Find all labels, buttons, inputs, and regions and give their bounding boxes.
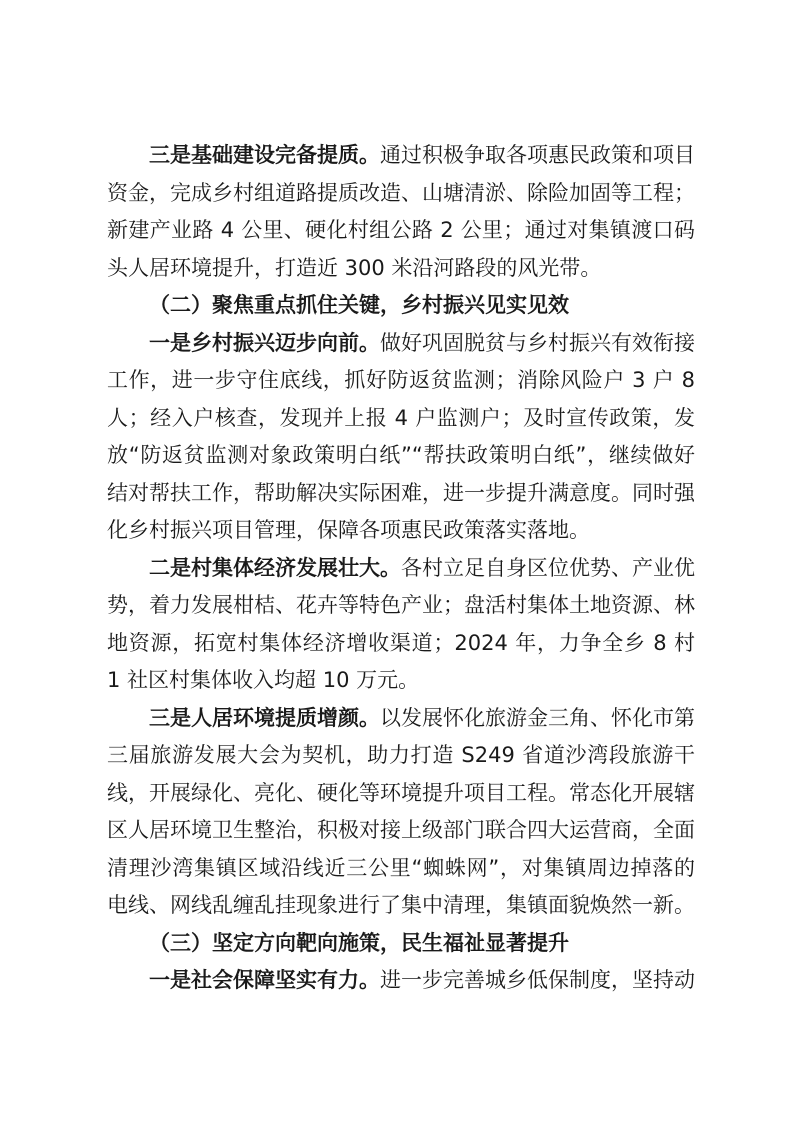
section-heading-3: （三）坚定方向靶向施策，民生福祉显著提升 [107,925,695,963]
paragraph-body: 以发展怀化旅游金三角、怀化市第三届旅游发展大会为契机，助力打造 S249 省道沙… [107,706,695,918]
section-heading-2: （二）聚焦重点抓住关键，乡村振兴见实见效 [107,287,695,325]
paragraph-lead: 一是乡村振兴迈步向前。 [149,331,380,355]
paragraph-living-environment: 三是人居环境提质增颜。以发展怀化旅游金三角、怀化市第三届旅游发展大会为契机，助力… [107,700,695,925]
paragraph-body: 做好巩固脱贫与乡村振兴有效衔接工作，进一步守住底线，抓好防返贫监测；消除风险户 … [107,331,695,543]
paragraph-lead: 二是村集体经济发展壮大。 [149,556,401,580]
paragraph-infrastructure: 三是基础建设完备提质。通过积极争取各项惠民政策和项目资金，完成乡村组道路提质改造… [107,137,695,287]
paragraph-social-security: 一是社会保障坚实有力。进一步完善城乡低保制度，坚持动 [107,962,695,1000]
document-page: 三是基础建设完备提质。通过积极争取各项惠民政策和项目资金，完成乡村组道路提质改造… [107,137,695,1000]
paragraph-lead: 三是人居环境提质增颜。 [149,706,380,730]
paragraph-rural-revitalization: 一是乡村振兴迈步向前。做好巩固脱贫与乡村振兴有效衔接工作，进一步守住底线，抓好防… [107,325,695,550]
paragraph-lead: 三是基础建设完备提质。 [149,143,380,167]
paragraph-lead: 一是社会保障坚实有力。 [149,968,380,992]
paragraph-collective-economy: 二是村集体经济发展壮大。各村立足自身区位优势、产业优势，着力发展柑桔、花卉等特色… [107,550,695,700]
paragraph-body: 进一步完善城乡低保制度，坚持动 [380,968,695,992]
